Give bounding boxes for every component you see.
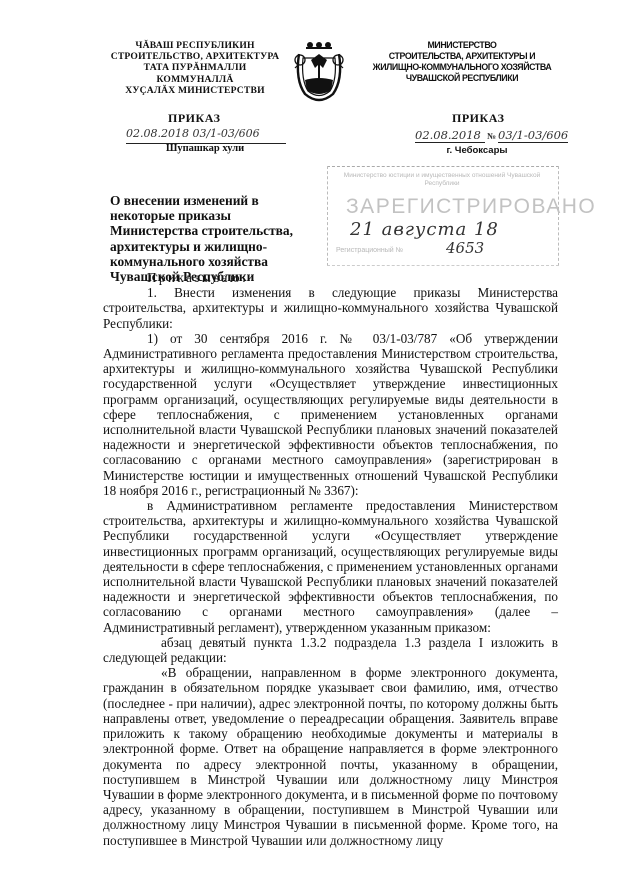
order-date-handwritten: 02.08.2018: [415, 128, 485, 143]
order-directive: Приказываю:: [103, 270, 558, 285]
city-chuvash: Шупашкар хули: [150, 143, 260, 154]
city-russian: г. Чебоксары: [432, 145, 522, 156]
registration-stamp: Министерство юстиции и имущественных отн…: [327, 166, 559, 266]
order-date-number-right: 02.08.2018№03/1-03/606: [415, 128, 605, 144]
stamp-date-handwritten: 21 августа 18: [350, 219, 499, 240]
order-heading-chuvash: ПРИКАЗ: [168, 111, 220, 126]
number-sign: №: [487, 131, 496, 141]
order-heading-russian: ПРИКАЗ: [452, 111, 504, 126]
header-chuvash: ЧĂВАШ РЕСПУБЛИКИН СТРОИТЕЛЬСТВО, АРХИТЕК…: [110, 40, 280, 96]
order-number-handwritten: 03/1-03/606: [498, 128, 568, 143]
stamp-status: ЗАРЕГИСТРИРОВАНО: [346, 195, 596, 219]
header-line: ЧУВАШСКОЙ РЕСПУБЛИКИ: [362, 73, 562, 84]
stamp-reg-number-handwritten: 4653: [446, 239, 484, 257]
paragraph: в Административном регламенте предоставл…: [103, 498, 558, 635]
header-line: СТРОИТЕЛЬСТВО, АРХИТЕКТУРА: [110, 51, 280, 62]
order-number-handwritten-left: 02.08.2018 03/1-03/606: [126, 127, 286, 144]
header-line: ЧĂВАШ РЕСПУБЛИКИН: [110, 40, 280, 51]
stamp-header: Министерство юстиции и имущественных отн…: [342, 172, 542, 188]
header-line: ХУÇАЛĂХ МИНИСТЕРСТВИ: [110, 85, 280, 96]
document-page: ЧĂВАШ РЕСПУБЛИКИН СТРОИТЕЛЬСТВО, АРХИТЕК…: [0, 0, 640, 890]
header-line: ЖИЛИЩНО-КОММУНАЛЬНОГО ХОЗЯЙСТВА: [362, 62, 562, 73]
paragraph: абзац девятый пункта 1.3.2 подраздела 1.…: [103, 635, 558, 665]
header-russian: МИНИСТЕРСТВО СТРОИТЕЛЬСТВА, АРХИТЕКТУРЫ …: [362, 40, 562, 84]
stamp-reg-label: Регистрационный №: [336, 247, 403, 254]
header-line: СТРОИТЕЛЬСТВА, АРХИТЕКТУРЫ И: [362, 51, 562, 62]
paragraph: 1) от 30 сентября 2016 г. № 03/1-03/787 …: [103, 331, 558, 498]
document-body: Приказываю: 1. Внести изменения в следую…: [103, 270, 558, 848]
coat-of-arms-icon: [291, 40, 347, 108]
paragraph: 1. Внести изменения в следующие приказы …: [103, 285, 558, 331]
paragraph: «В обращении, направленном в форме элект…: [103, 665, 558, 847]
header-line: ТАТА ПУРĂНМАЛЛИ КОММУНАЛЛĂ: [110, 62, 280, 84]
header-line: МИНИСТЕРСТВО: [362, 40, 562, 51]
